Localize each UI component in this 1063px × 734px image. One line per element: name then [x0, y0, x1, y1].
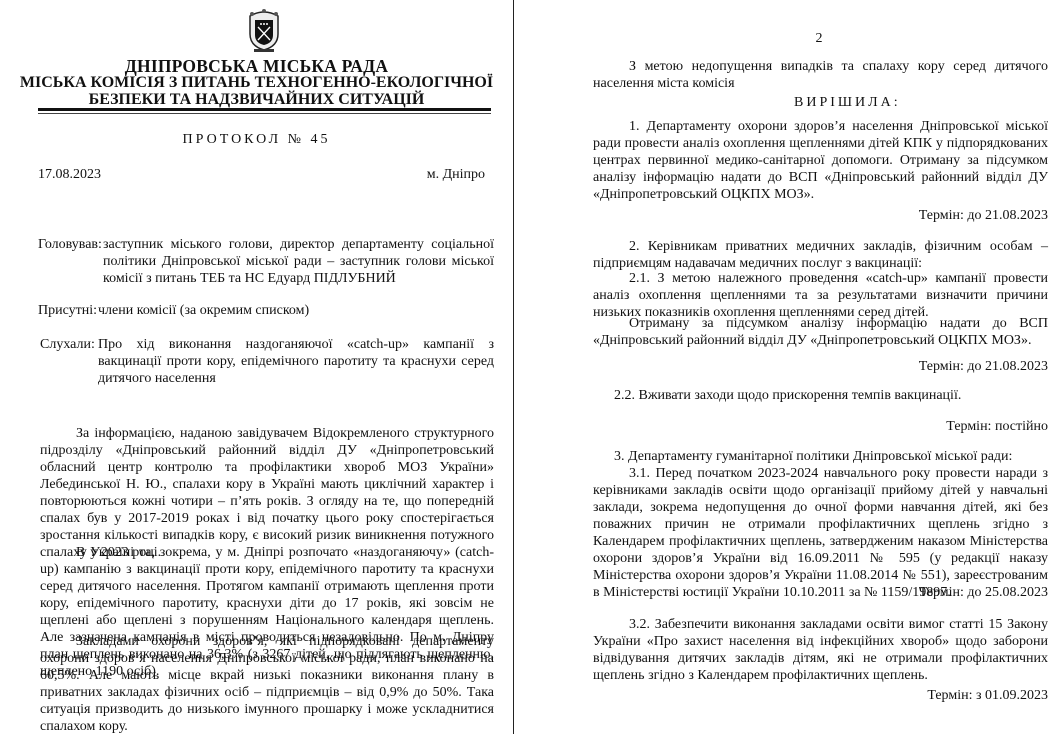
item-3-2-deadline: Термін: з 01.09.2023	[593, 687, 1048, 704]
item-2-2-text: 2.2. Вживати заходи щодо прискорення тем…	[614, 387, 961, 404]
item-1-deadline: Термін: до 21.08.2023	[593, 207, 1048, 224]
item-2-deadline: Термін: до 21.08.2023	[593, 358, 1048, 375]
commission-name-line1: МІСЬКА КОМІСІЯ З ПИТАНЬ ТЕХНОГЕННО-ЕКОЛО…	[0, 74, 513, 92]
heard-label: Слухали:	[40, 336, 95, 353]
present-text: члени комісії (за окремим списком)	[98, 302, 309, 319]
paragraph-1: За інформацією, наданою завідувачем Відо…	[40, 425, 494, 561]
item-2-2-deadline: Термін: постійно	[593, 418, 1048, 435]
protocol-title: ПРОТОКОЛ № 45	[0, 132, 513, 148]
page-number: 2	[515, 30, 1063, 47]
protocol-city: м. Дніпро	[427, 166, 485, 183]
city-coat-of-arms-icon	[244, 8, 284, 54]
item-3-1-deadline: Термін: до 25.08.2023	[593, 584, 1048, 601]
item-3-1-text: 3.1. Перед початком 2023-2024 навчальног…	[593, 465, 1048, 601]
item-1-text: 1. Департаменту охорони здоров’я населен…	[593, 118, 1048, 203]
protocol-date: 17.08.2023	[38, 166, 101, 183]
document-page-2: 2 З метою недопущення випадків та спалах…	[515, 0, 1063, 734]
present-label: Присутні:	[38, 302, 97, 319]
header-divider-thin	[38, 113, 491, 114]
item-3-2-text: 3.2. Забезпечити виконання закладами осв…	[593, 616, 1048, 684]
chaired-text: заступник міського голови, директор депа…	[103, 236, 494, 287]
item-2-1-report: Отриману за підсумком аналізу інформацію…	[593, 315, 1048, 349]
paragraph-3: Закладами охорони здоров’я, які підпоряд…	[40, 633, 494, 734]
commission-name-line2: БЕЗПЕКИ ТА НАДЗВИЧАЙНИХ СИТУАЦІЙ	[0, 91, 513, 109]
item-2-text: 2. Керівникам приватних медичних закладі…	[593, 238, 1048, 272]
document-page-1: ДНІПРОВСЬКА МІСЬКА РАДА МІСЬКА КОМІСІЯ З…	[0, 0, 514, 734]
item-2-1-text: 2.1. З метою належного проведення «catch…	[593, 270, 1048, 321]
header-divider	[38, 108, 491, 111]
heard-text: Про хід виконання наздоганяючої «catch-u…	[98, 336, 494, 387]
item-3-text: 3. Департаменту гуманітарної політики Дн…	[614, 448, 1012, 465]
decided-heading: ВИРІШИЛА:	[794, 94, 901, 111]
resolution-intro: З метою недопущення випадків та спалаху …	[593, 58, 1048, 92]
chaired-label: Головував:	[38, 236, 102, 253]
